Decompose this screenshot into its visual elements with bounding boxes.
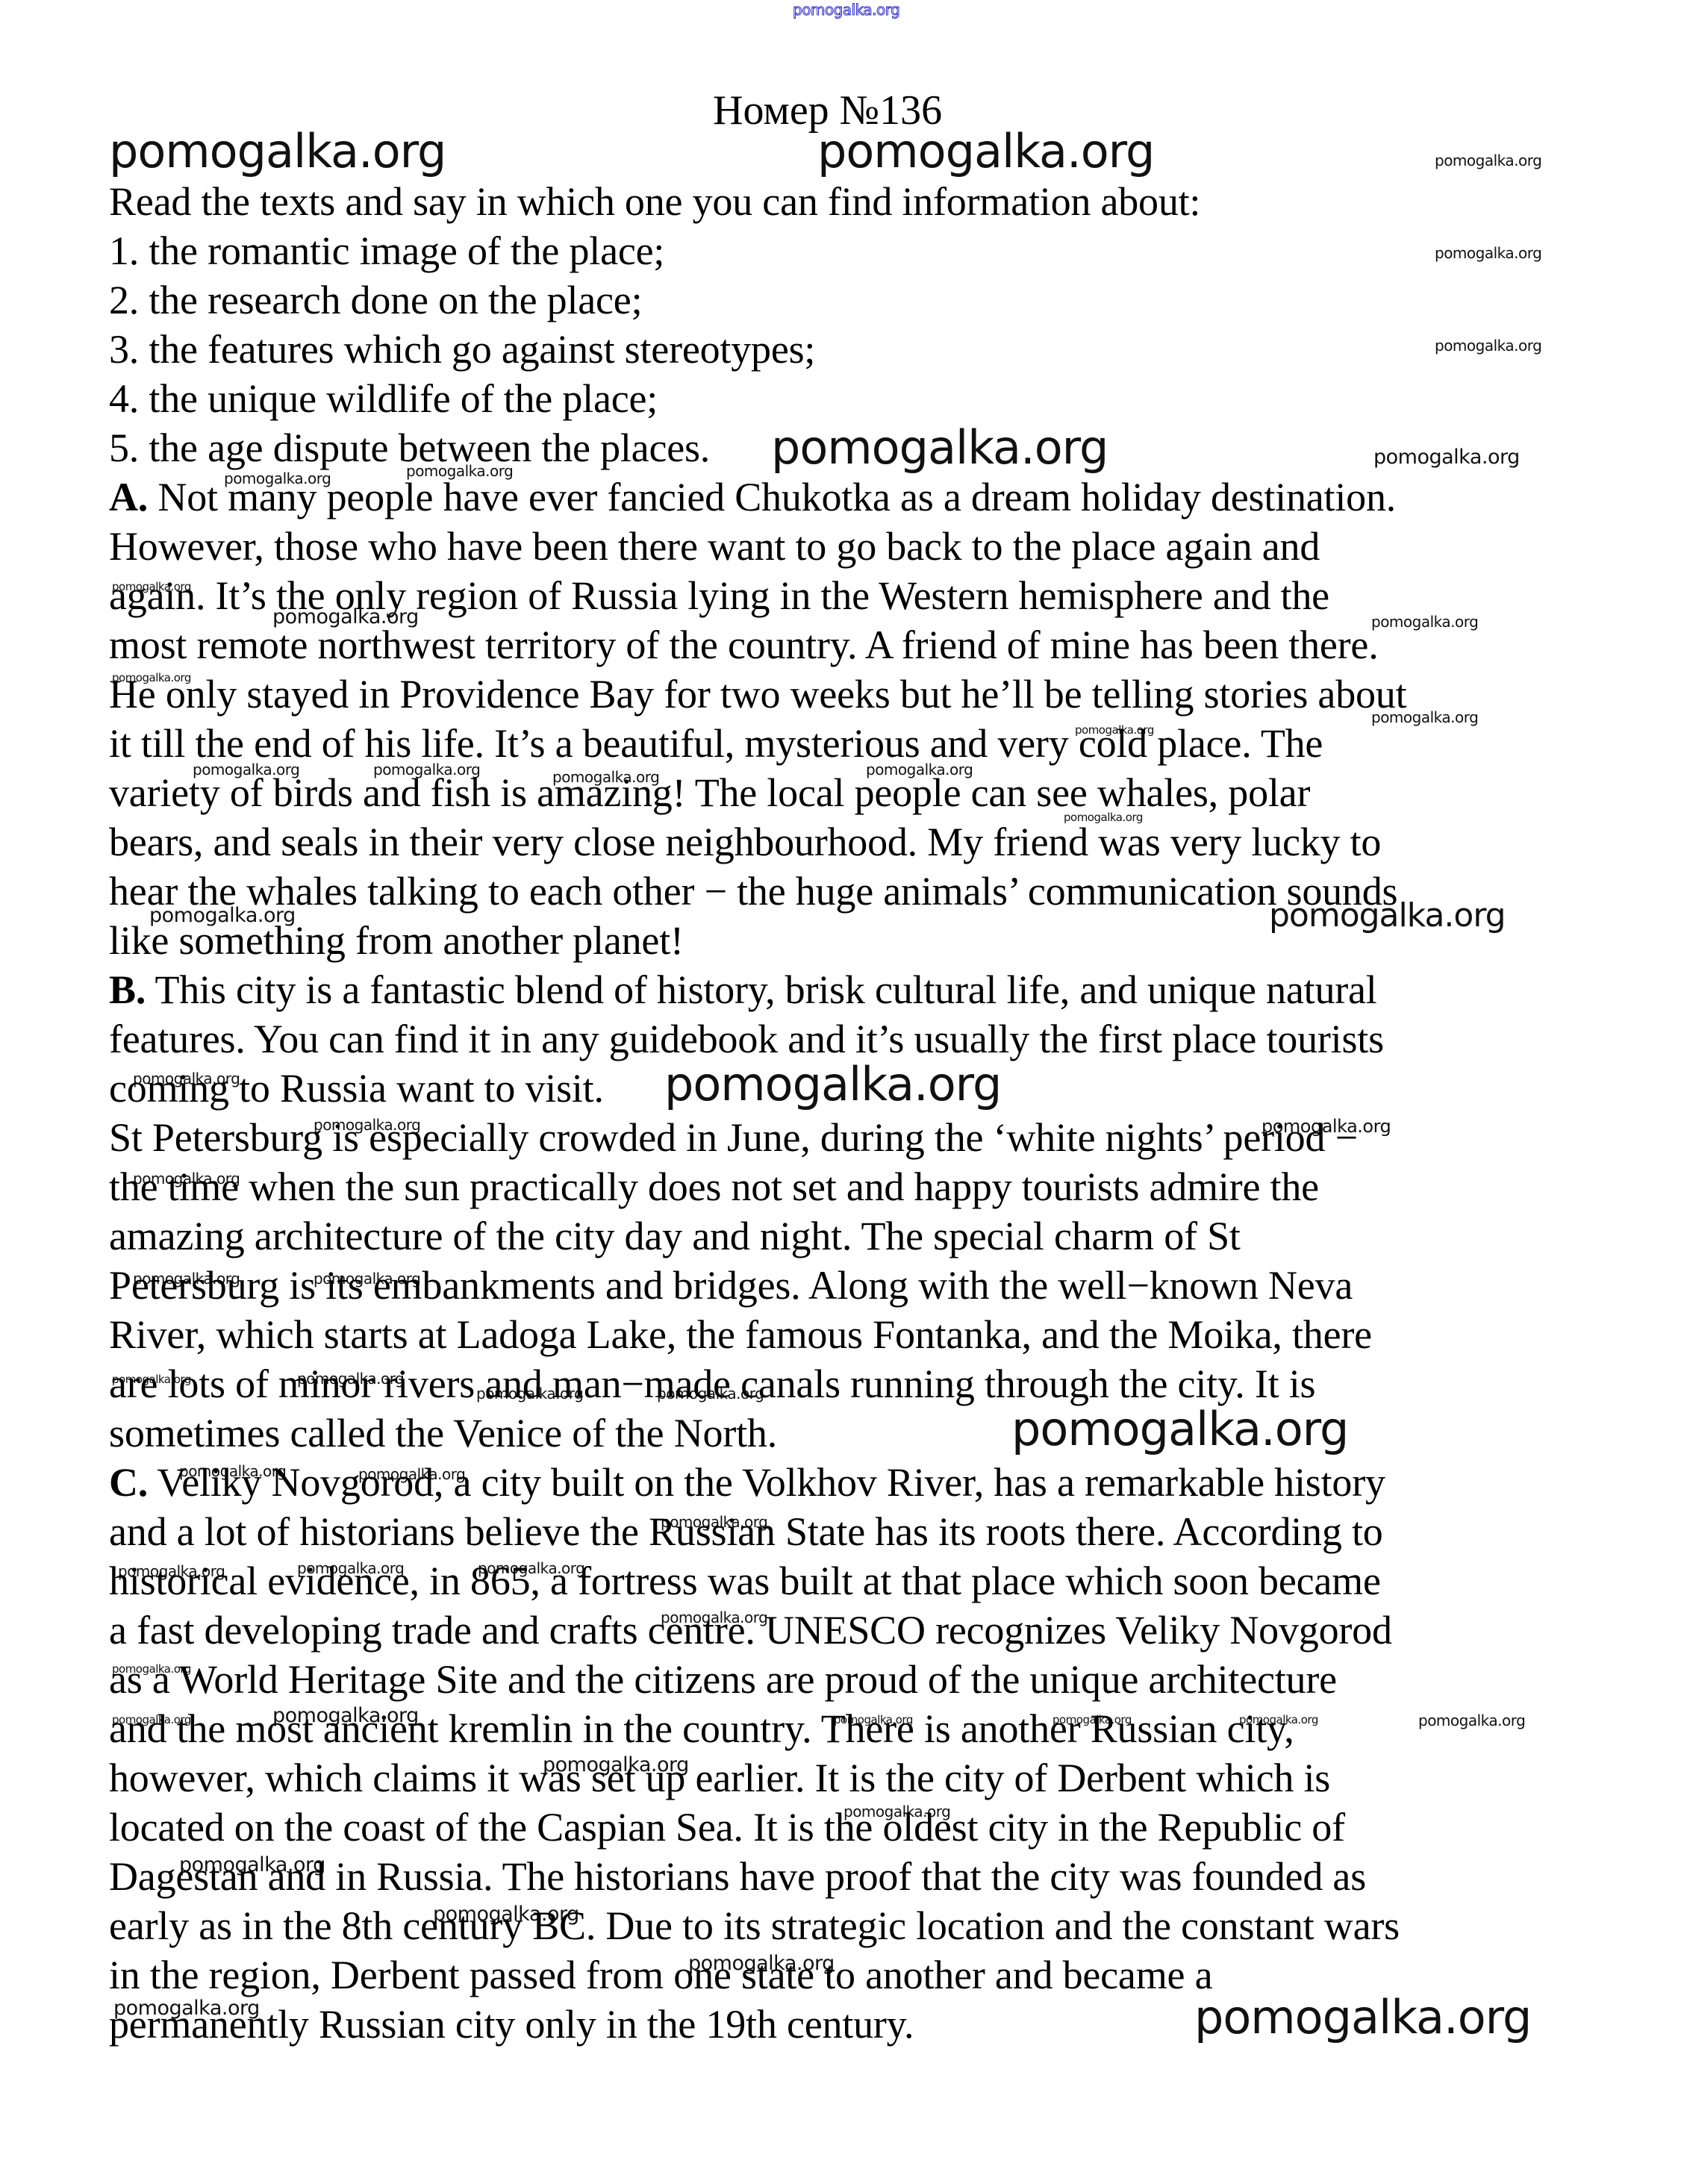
text-b-label: B. [109, 967, 146, 1012]
text-c-line-5: as a World Heritage Site and the citizen… [109, 1657, 1337, 1702]
text-b-line-10: sometimes called the Venice of the North… [109, 1411, 777, 1456]
text-a-line-2: However, those who have been there want … [109, 524, 1320, 569]
text-c-line-12: permanently Russian city only in the 19t… [109, 2002, 914, 2047]
text-b-line-8: River, which starts at Ladoga Lake, the … [109, 1312, 1372, 1357]
top-watermark: pomogalka.org [793, 1, 899, 18]
text-b-line-5: the time when the sun practically does n… [109, 1164, 1319, 1209]
text-b-line-9: are lots of minor rivers and man−made ca… [109, 1361, 1315, 1406]
document-page: pomogalka.org Номер №136 pomogalka.org p… [0, 0, 1684, 2184]
text-b-line-2: features. You can find it in any guidebo… [109, 1017, 1384, 1061]
text-c-line-7: however, which claims it was set up earl… [109, 1756, 1330, 1800]
text-c-line-8: located on the coast of the Caspian Sea.… [109, 1805, 1345, 1850]
text-a-line-8: bears, and seals in their very close nei… [109, 820, 1381, 864]
text-c-line-4: a fast developing trade and crafts centr… [109, 1608, 1392, 1653]
text-a-line-10: like something from another planet! [109, 918, 684, 963]
text-a-line-1: A. Not many people have ever fancied Chu… [109, 475, 1396, 520]
text-b-line-6: amazing architecture of the city day and… [109, 1214, 1241, 1258]
task-item-4: 4. the unique wildlife of the place; [109, 376, 658, 421]
watermark: pomogalka.org [1435, 245, 1541, 261]
text-a-line-9: hear the whales talking to each other − … [109, 869, 1397, 914]
text-a-line-5: He only stayed in Providence Bay for two… [109, 672, 1406, 717]
text-c-line-3: historical evidence, in 865, a fortress … [109, 1559, 1381, 1603]
watermark: pomogalka.org [1435, 152, 1541, 169]
text-a-line-6: it till the end of his life. It’s a beau… [109, 721, 1323, 766]
text-c-line-10: early as in the 8th century BC. Due to i… [109, 1903, 1400, 1948]
text-b-line-7: Petersburg is its embankments and bridge… [109, 1263, 1353, 1308]
watermark: pomogalka.org [771, 422, 1108, 474]
watermark: pomogalka.org [1371, 709, 1478, 726]
watermark: pomogalka.org [1371, 614, 1478, 630]
watermark: pomogalka.org [1418, 1712, 1525, 1729]
text-c-line-2: and a lot of historians believe the Russ… [109, 1509, 1383, 1554]
text-c-line-1: C. Veliky Novgorod, a city built on the … [109, 1460, 1385, 1505]
task-item-1: 1. the romantic image of the place; [109, 228, 664, 273]
text-b-line-1: B. This city is a fantastic blend of his… [109, 967, 1377, 1012]
watermark: pomogalka.org [1011, 1403, 1348, 1456]
watermark: pomogalka.org [1435, 337, 1541, 354]
text-c-line-6: and the most ancient kremlin in the coun… [109, 1706, 1294, 1751]
text-c-line-9: Dagestan and in Russia. The historians h… [109, 1854, 1366, 1899]
watermark: pomogalka.org [664, 1058, 1001, 1111]
text-a-label: A. [109, 475, 148, 520]
text-c-label: C. [109, 1460, 148, 1505]
task-item-2: 2. the research done on the place; [109, 278, 642, 322]
task-item-3: 3. the features which go against stereot… [109, 327, 815, 372]
instruction-text: Read the texts and say in which one you … [109, 179, 1200, 224]
watermark: pomogalka.org [109, 125, 446, 178]
watermark: pomogalka.org [817, 125, 1154, 178]
watermark: pomogalka.org [1373, 446, 1520, 469]
text-a-line-7: variety of birds and fish is amazing! Th… [109, 770, 1310, 815]
text-c-line-11: in the region, Derbent passed from one s… [109, 1953, 1212, 1997]
text-b-line-3: coming to Russia want to visit. [109, 1066, 604, 1111]
watermark: pomogalka.org [1194, 1991, 1531, 2044]
text-b-line-4: St Petersburg is especially crowded in J… [109, 1115, 1358, 1160]
text-a-line-4: most remote northwest territory of the c… [109, 623, 1379, 667]
watermark: pomogalka.org [1269, 890, 1506, 942]
